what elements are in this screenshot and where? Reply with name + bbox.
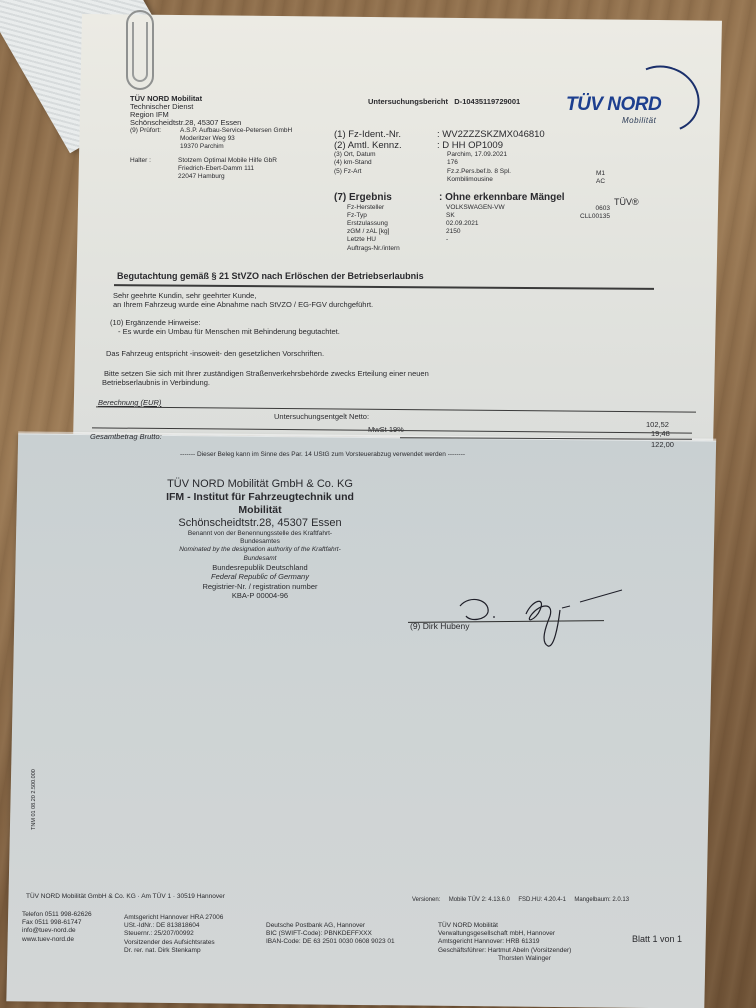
tax-note: ------- Dieser Beleg kann im Sinne des P… (180, 451, 465, 459)
footer-register-line: Steuernr.: 25/207/00992 (124, 930, 223, 938)
institute-name-1: IFM - Institut für Fahrzeugtechnik und (130, 491, 390, 504)
halter-label: Halter : (130, 157, 151, 165)
footer-bank-line: BIC (SWIFT-Code): PBNKDEFFXXX (266, 930, 395, 938)
vehicle-field-code: M1 (596, 170, 605, 178)
vehicle-field-label: (4) km-Stand (334, 159, 372, 167)
registration-number: KBA-P 00004-96 (130, 591, 390, 601)
pruefort-label: (9) Prüfort: (130, 127, 161, 135)
halter-city: 22047 Hamburg (178, 173, 225, 181)
footer-admin: TÜV NORD MobilitätVerwaltungsgesellschaf… (438, 922, 571, 963)
notes-item: - Es wurde ein Umbau für Menschen mit Be… (118, 327, 340, 337)
gross-value: 122,00 (651, 440, 674, 450)
footer-contact-line: Fax 0511 998-61747 (22, 919, 92, 927)
gross-label: Gesamtbetrag Brutto: (90, 432, 162, 442)
halter-street: Friedrich-Ebert-Damm 111 (178, 165, 254, 173)
footer-contact: Telefon 0511 998-62626Fax 0511 998-61747… (22, 911, 92, 944)
vehicle-detail-value: SK (446, 212, 455, 220)
section-heading: Begutachtung gemäß § 21 StVZO nach Erlös… (117, 271, 424, 282)
vehicle-detail-label: Letzte HU (347, 236, 376, 244)
footer-company-line: TÜV NORD Mobilität GmbH & Co. KG · Am TÜ… (26, 893, 225, 901)
footer-bank-line: Deutsche Postbank AG, Hannover (266, 922, 395, 930)
institute-company: TÜV NORD Mobilität GmbH & Co. KG (130, 478, 390, 491)
footer-admin-line: Verwaltungsgesellschaft mbH, Hannover (438, 930, 571, 938)
conformity-text: Das Fahrzeug entspricht -insoweit- den g… (106, 349, 324, 359)
vehicle-field-label: (5) Fz-Art (334, 168, 361, 176)
vehicle-detail-value: 2150 (446, 228, 460, 236)
country-en: Federal Republic of Germany (130, 572, 390, 582)
paperclip-inner-loop (132, 22, 148, 82)
pruefort-name: A.S.P. Aufbau-Service-Petersen GmbH (180, 127, 292, 135)
vehicle-detail-value: - (446, 236, 448, 244)
country-de: Bundesrepublik Deutschland (130, 563, 390, 573)
vehicle-field-value: 176 (447, 159, 458, 167)
footer-admin-line: Amtsgericht Hannover: HRB 61319 (438, 938, 571, 946)
nominated-en-2: Bundesamt (130, 555, 390, 563)
vehicle-field-value: Kombilimousine (447, 176, 493, 184)
footer-contact-line[interactable]: www.tuev-nord.de (22, 936, 92, 944)
institute-name-2: Mobilität (130, 504, 390, 517)
halter-name: Stotzem Optimal Mobile Hilfe GbR (178, 157, 277, 165)
institute-address: Schönscheidtstr.28, 45307 Essen (130, 517, 390, 530)
form-code: TNM 01 08.20 2.500.000 (30, 769, 38, 830)
footer-versions: Versionen: Mobile TÜV 2: 4.13.6.0 FSD.HU… (412, 896, 629, 904)
footer-admin-line: Geschäftsführer: Hartmut Abeln (Vorsitze… (438, 947, 571, 955)
pruefort-street: Moderitzer Weg 93 (180, 135, 235, 143)
vehicle-field-label: (3) Ort, Datum (334, 151, 376, 159)
footer-bank: Deutsche Postbank AG, HannoverBIC (SWIFT… (266, 922, 395, 947)
result-label: (7) Ergebnis (334, 192, 392, 204)
footer-contact-line[interactable]: info@tuev-nord.de (22, 927, 92, 935)
footer-register-line: Vorsitzender des Aufsichtsrates (124, 939, 223, 947)
vehicle-detail-value: VOLKSWAGEN-VW (446, 204, 505, 212)
vehicle-detail-label: zGM / zAL [kg] (347, 228, 389, 236)
vehicle-detail-label: Auftrags-Nr./intern (347, 245, 400, 253)
report-number: D-10435119729001 (454, 97, 520, 106)
vehicle-field-code: AC (596, 178, 605, 186)
footer-contact-line: Telefon 0511 998-62626 (22, 911, 92, 919)
vehicle-field-value: Parchim, 17.09.2021 (447, 151, 507, 159)
vehicle-detail-label: Fz-Hersteller (347, 204, 384, 212)
footer-register: Amtsgericht Hannover HRA 27006USt.-IdNr.… (124, 914, 223, 955)
vehicle-field-label: (2) Amtl. Kennz. (334, 140, 402, 151)
vehicle-detail-value: 02.09.2021 (446, 220, 479, 228)
vehicle-detail-label: Fz-Typ (347, 212, 367, 220)
report-title: Untersuchungsbericht D-10435119729001 (368, 97, 520, 107)
tuev-nord-logo: TÜV NORD Mobilität (566, 66, 696, 136)
footer-register-line: Amtsgericht Hannover HRA 27006 (124, 914, 223, 922)
vehicle-detail-code: 0603 (596, 205, 610, 213)
vat-value: 19,48 (651, 429, 670, 439)
footer-admin-line: TÜV NORD Mobilität (438, 922, 571, 930)
vehicle-field-value: : D HH OP1009 (437, 140, 503, 151)
footer-admin-line: Thorsten Walinger (438, 955, 571, 963)
footer-register-line: USt.-IdNr.: DE 813818604 (124, 922, 223, 930)
nominated-de-1: Benannt von der Benennungsstelle des Kra… (130, 530, 390, 538)
nominated-en-1: Nominated by the designation authority o… (130, 546, 390, 554)
registration-label: Registrier-Nr. / registration number (130, 582, 390, 592)
vehicle-field-value: : WV2ZZZSKZMX046810 (437, 129, 545, 140)
net-label: Untersuchungsentgelt Netto: (274, 412, 369, 422)
footer-register-line: Dr. rer. nat. Dirk Stenkamp (124, 947, 223, 955)
vehicle-detail-label: Erstzulassung (347, 220, 388, 228)
instruction-line-2: Betriebserlaubnis in Verbindung. (102, 378, 210, 388)
institute-block: TÜV NORD Mobilität GmbH & Co. KG IFM - I… (130, 478, 390, 601)
vehicle-detail-code: CLL00135 (580, 213, 610, 221)
result-value: : Ohne erkennbare Mängel (439, 192, 565, 204)
pruefort-city: 19370 Parchim (180, 143, 224, 151)
page-number: Blatt 1 von 1 (632, 934, 682, 945)
logo-subtitle: Mobilität (622, 116, 656, 125)
vehicle-field-label: (1) Fz-Ident.-Nr. (334, 129, 401, 140)
intro-text: an Ihrem Fahrzeug wurde eine Abnahme nac… (113, 300, 373, 310)
logo-text: TÜV NORD (566, 94, 661, 116)
signatory-name: (9) Dirk Hubeny (410, 622, 470, 632)
footer-bank-line: IBAN-Code: DE 63 2501 0030 0608 9023 01 (266, 938, 395, 946)
tuev-mark: TÜV® (614, 197, 639, 208)
nominated-de-2: Bundesamtes (130, 538, 390, 546)
vehicle-field-value: Fz.z.Pers.bef.b. 8 Spl. (447, 168, 511, 176)
